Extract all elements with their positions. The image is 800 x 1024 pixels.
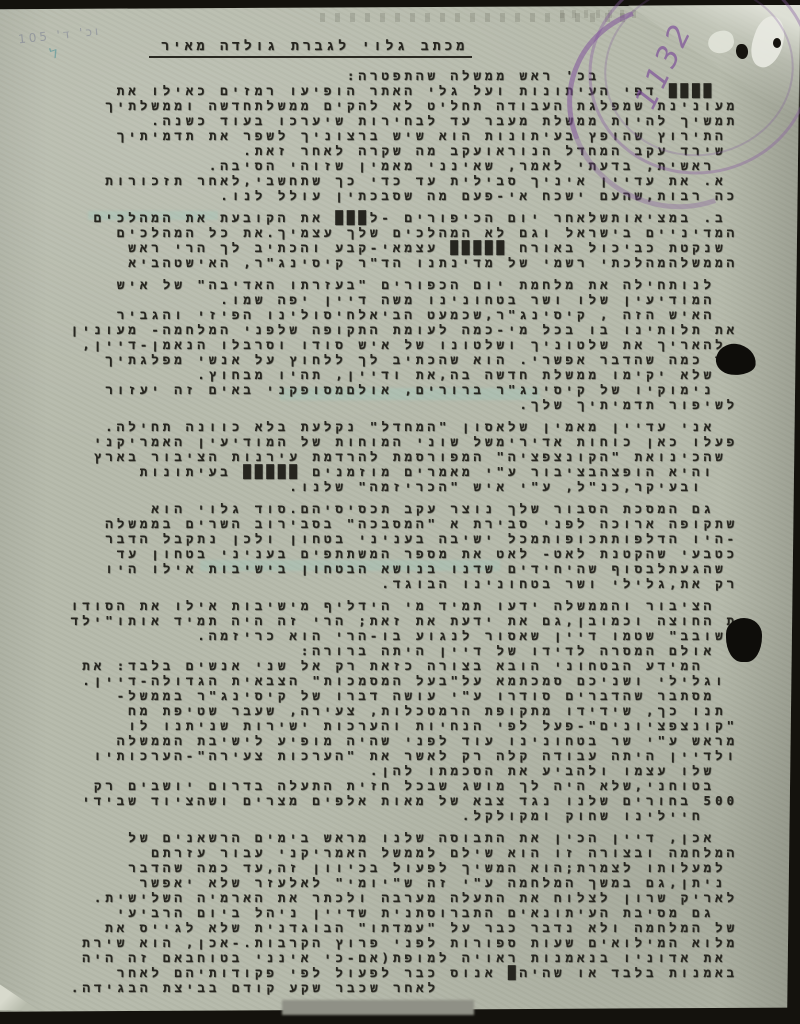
text-line: אני עדיין מאמין שלאסון "המחדל" נקלעת בלא…	[58, 419, 738, 434]
text-line: אכן, דיין הכין את התבוסה שלנו מראש בימים…	[58, 830, 738, 845]
text-line: ולדיין היתה עבודה קלה רק לאשר את "הערכות…	[58, 748, 738, 763]
text-line: המודיעין שלו ושר בטחונינו משה דיין יפה ש…	[58, 292, 738, 307]
text-line: שהכינואת "הקונצפציה" המפורסמת להרדמת עיר…	[58, 449, 738, 464]
text-line: שהגעתלבסוף שהיחידים שדנו בנושא הבטחון בי…	[58, 561, 738, 576]
text-line: שובב" שטמו דיין שאסור לנגוע בו-הרי הוא כ…	[58, 628, 738, 643]
text-line: עד כמה שהדבר אפשרי. הוא שהכתיב לך ללחוץ …	[58, 352, 738, 367]
hole-punch-mark	[726, 618, 762, 662]
text-line: וגלילי ושניכם סמכתמא על"בעל המסמכות" הצב…	[58, 673, 738, 688]
text-line: שלו עצמו ולהביע את הסכמתו להן.	[58, 763, 738, 778]
text-line: ניתן,גם במשך המלחמה ע"י זה ש"יומי" לאלעז…	[58, 875, 738, 890]
text-line: המדיניים בישראל וגם לא המהלכים שלך עצמיך…	[58, 225, 738, 240]
document-body: בכ' ראש ממשלה שהתפטרה:████ דפי העיתונות …	[58, 68, 738, 995]
scanned-letter-page: { "document": { "title": "מכתב גלוי לגבר…	[0, 0, 800, 1024]
text-line: שתקופה ארוכה לפני סבירת א "המסבכה" בסביר…	[58, 516, 738, 531]
text-line: מראש ע"י שר בטחונינו עוד לפני שהיה מופיע…	[58, 733, 738, 748]
text-line: הציבור והממשלה ידעו תמיד מי הידליף מישיב…	[58, 598, 738, 613]
text-line: תנו כך, שידידו מתקופת הרמטכלות, צעירה, ש…	[58, 703, 738, 718]
text-line: הממשלהמהלכתי רשמי של מדינתנו הד"ר קיסינג…	[58, 255, 738, 270]
scanner-shadow	[282, 1000, 474, 1015]
text-line: חיילינו שחוק ומקולקל.	[58, 808, 738, 823]
text-line: ת החוצה וכמובן,גם את ידעת את זאת; הרי זה…	[58, 613, 738, 628]
text-line: המידע הבטחוני הובא בצורה כזאת רק אל שני …	[58, 658, 738, 673]
text-line: כטבעי שהקטנת לאט- לאט את מספר המשתתפים ב…	[58, 546, 738, 561]
text-line: מלוא המילואים שעות ספורות לפני פרוץ הקרב…	[58, 935, 738, 950]
text-line: שלא יקימו ממשלת חדשה בה,את ודיין, תהיו מ…	[58, 367, 738, 382]
text-line: והיא הופצהבציבור ע"י מאמרים מוזמנים ████…	[58, 464, 738, 479]
text-line: ב. במציאותשלאחר יום הכיפורים -ל███ את הק…	[58, 210, 738, 225]
text-line: -היו הדלפותתכופותמכל ישיבה בעניני בטחון …	[58, 531, 738, 546]
text-line: אולם המסרה לדידו של דיין היתה ברורה:	[58, 643, 738, 658]
text-line: בטוחני,שלא היה לך מושג שבכל חזית התעלה ב…	[58, 778, 738, 793]
text-line: המלחמה ובצורה זו הוא שילם לממשל האמריקני…	[58, 845, 738, 860]
letter-title: מכתב גלוי לגברת גולדה מאיר	[149, 39, 472, 58]
text-line: לאחר שכבר שקע קודם בביצת הבגידה.	[58, 980, 738, 995]
text-line: את תלותינו בו בכל מי-כמה לעומת התקופה של…	[58, 322, 738, 337]
text-line: לשיפור תדמיתיך שלך.	[58, 397, 738, 412]
text-line: האיש הזה , קיסינג"ר,שכמעט הביאלחיסולינו …	[58, 307, 738, 322]
text-line: באמנות בלבד או שהיה█ אנוס כבר לפעול לפי …	[58, 965, 738, 980]
text-line: ובעיקר,כנ"ל, ע"י איש "הכריזמה" שלנו.	[58, 479, 738, 494]
text-line: נימוקיו של קיסינג"ר ברורים, אולםמסופקני …	[58, 382, 738, 397]
text-line: רק את,גלילי ושר בטחונינו הבוגד.	[58, 576, 738, 591]
text-line: את אדוניו בנאמנות ראויה למופת(אם-כי איננ…	[58, 950, 738, 965]
text-line: מסתבר שהדברים סודרו ע"י עושה דברו של קיס…	[58, 688, 738, 703]
text-line: לאריק שרון לצלוח את התעלה מערבה ולכתר את…	[58, 890, 738, 905]
text-line: גם המסכת הסבור שלך נוצר עקב תכסיסיהם.סוד…	[58, 501, 738, 516]
text-line: של המלחמה ולא נדבר כבר על "עמדתו" הבוגדנ…	[58, 920, 738, 935]
text-line: פעלו כאן כוחות אדירימשל שוני המוחות של ה…	[58, 434, 738, 449]
text-line: לנותחילה את מלחמת יום הכפורים "בעזרתו הא…	[58, 277, 738, 292]
text-line: "קונצפציונים"-פעל לפי הנחיות והערכות ישי…	[58, 718, 738, 733]
text-line: 500 בחורים שלנו נגד צבא של מאות אלפים מצ…	[58, 793, 738, 808]
text-line: שנקטת כביכול באורח █████ עצמאי-קבע והכתי…	[58, 240, 738, 255]
text-line: להאריך את שלטוניך ושלטונו של איש סודו וס…	[58, 337, 738, 352]
text-line: גם מסיבת העיתונאים התברוסתנית שדיין ניהל…	[58, 905, 738, 920]
text-line: למעלותו לצמרת;הוא המשיך לפעול בכיוון זה,…	[58, 860, 738, 875]
